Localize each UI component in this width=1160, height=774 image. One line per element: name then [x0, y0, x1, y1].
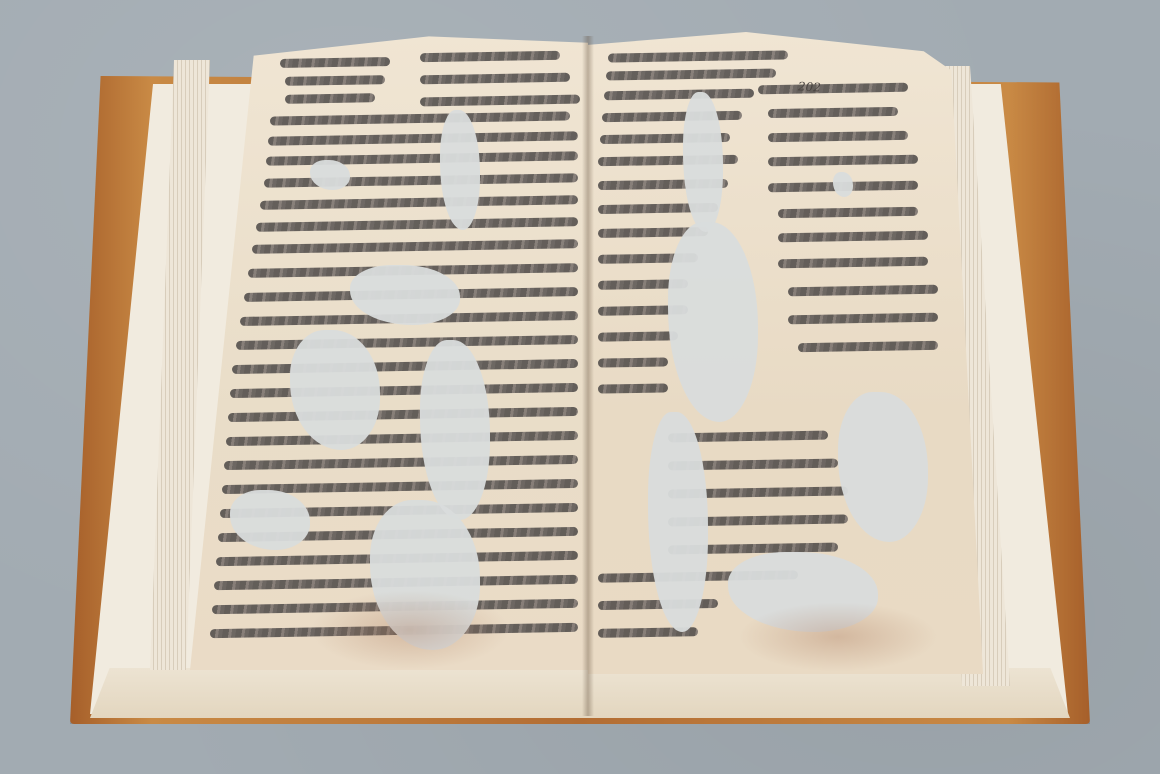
- page-block-bottom: [90, 668, 1070, 718]
- paper-loss-repair: [833, 172, 853, 197]
- right-page: 202: [588, 32, 983, 674]
- book-gutter: [582, 36, 594, 716]
- page-number: 202: [798, 79, 822, 94]
- left-page: [190, 30, 588, 670]
